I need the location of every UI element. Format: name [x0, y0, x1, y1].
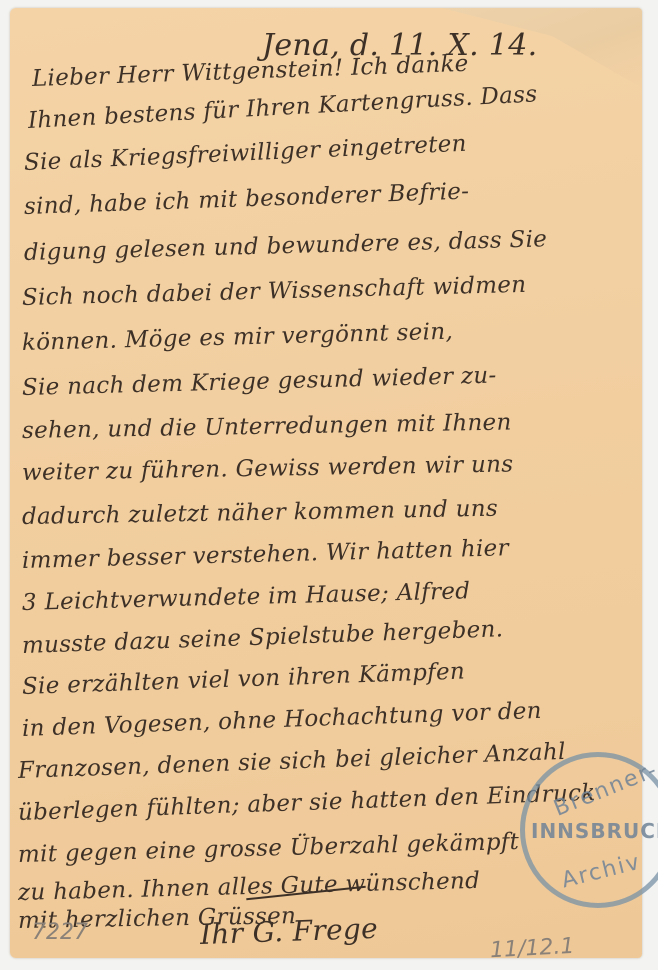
letter-line: Sie erzählten viel von ihren Kämpfen — [22, 659, 466, 700]
letter-line: weiter zu führen. Gewiss werden wir uns — [22, 451, 514, 486]
letter-line: Lieber Herr Wittgenstein! Ich danke — [32, 51, 469, 92]
letter-line: mit gegen eine grosse Überzahl gekämpft — [18, 829, 520, 868]
archive-number-right: 11/12.1 — [489, 934, 575, 958]
letter-line: können. Möge es mir vergönnt sein, — [22, 319, 454, 356]
letter-line: Sich noch dabei der Wissenschaft widmen — [22, 272, 527, 311]
letter-line: sind, habe ich mit besonderer Befrie- — [24, 178, 470, 220]
letter-line: musste dazu seine Spielstube hergeben. — [22, 616, 504, 659]
letter-line: immer besser verstehen. Wir hatten hier — [22, 535, 509, 574]
archive-number-left: 7227 — [32, 920, 88, 945]
letter-line: in den Vogesen, ohne Hochachtung vor den — [22, 698, 543, 742]
letter-line: Sie nach dem Kriege gesund wieder zu- — [22, 363, 497, 401]
letter-line: Sie als Kriegsfreiwilliger eingetreten — [23, 131, 467, 176]
letter-line: dadurch zuletzt näher kommen und uns — [22, 496, 498, 530]
stamp-text-middle: INNSBRUCK — [531, 819, 658, 843]
signature: Ihr G. Frege — [199, 912, 378, 951]
letter-line: Franzosen, denen sie sich bei gleicher A… — [18, 739, 567, 784]
letter-line: sehen, und die Unterredungen mit Ihnen — [22, 409, 512, 444]
letter-line: zu haben. Ihnen alles Gute wünschend — [18, 868, 481, 906]
letter-line: digung gelesen und bewundere es, dass Si… — [24, 226, 548, 266]
letter-line: 3 Leichtverwundete im Hause; Alfred — [22, 578, 471, 616]
stamp-text-top: Brenner- — [550, 757, 658, 821]
stamp-text-bottom: Archiv — [559, 850, 643, 894]
letter-line: überlegen fühlten; aber sie hatten den E… — [18, 780, 596, 826]
